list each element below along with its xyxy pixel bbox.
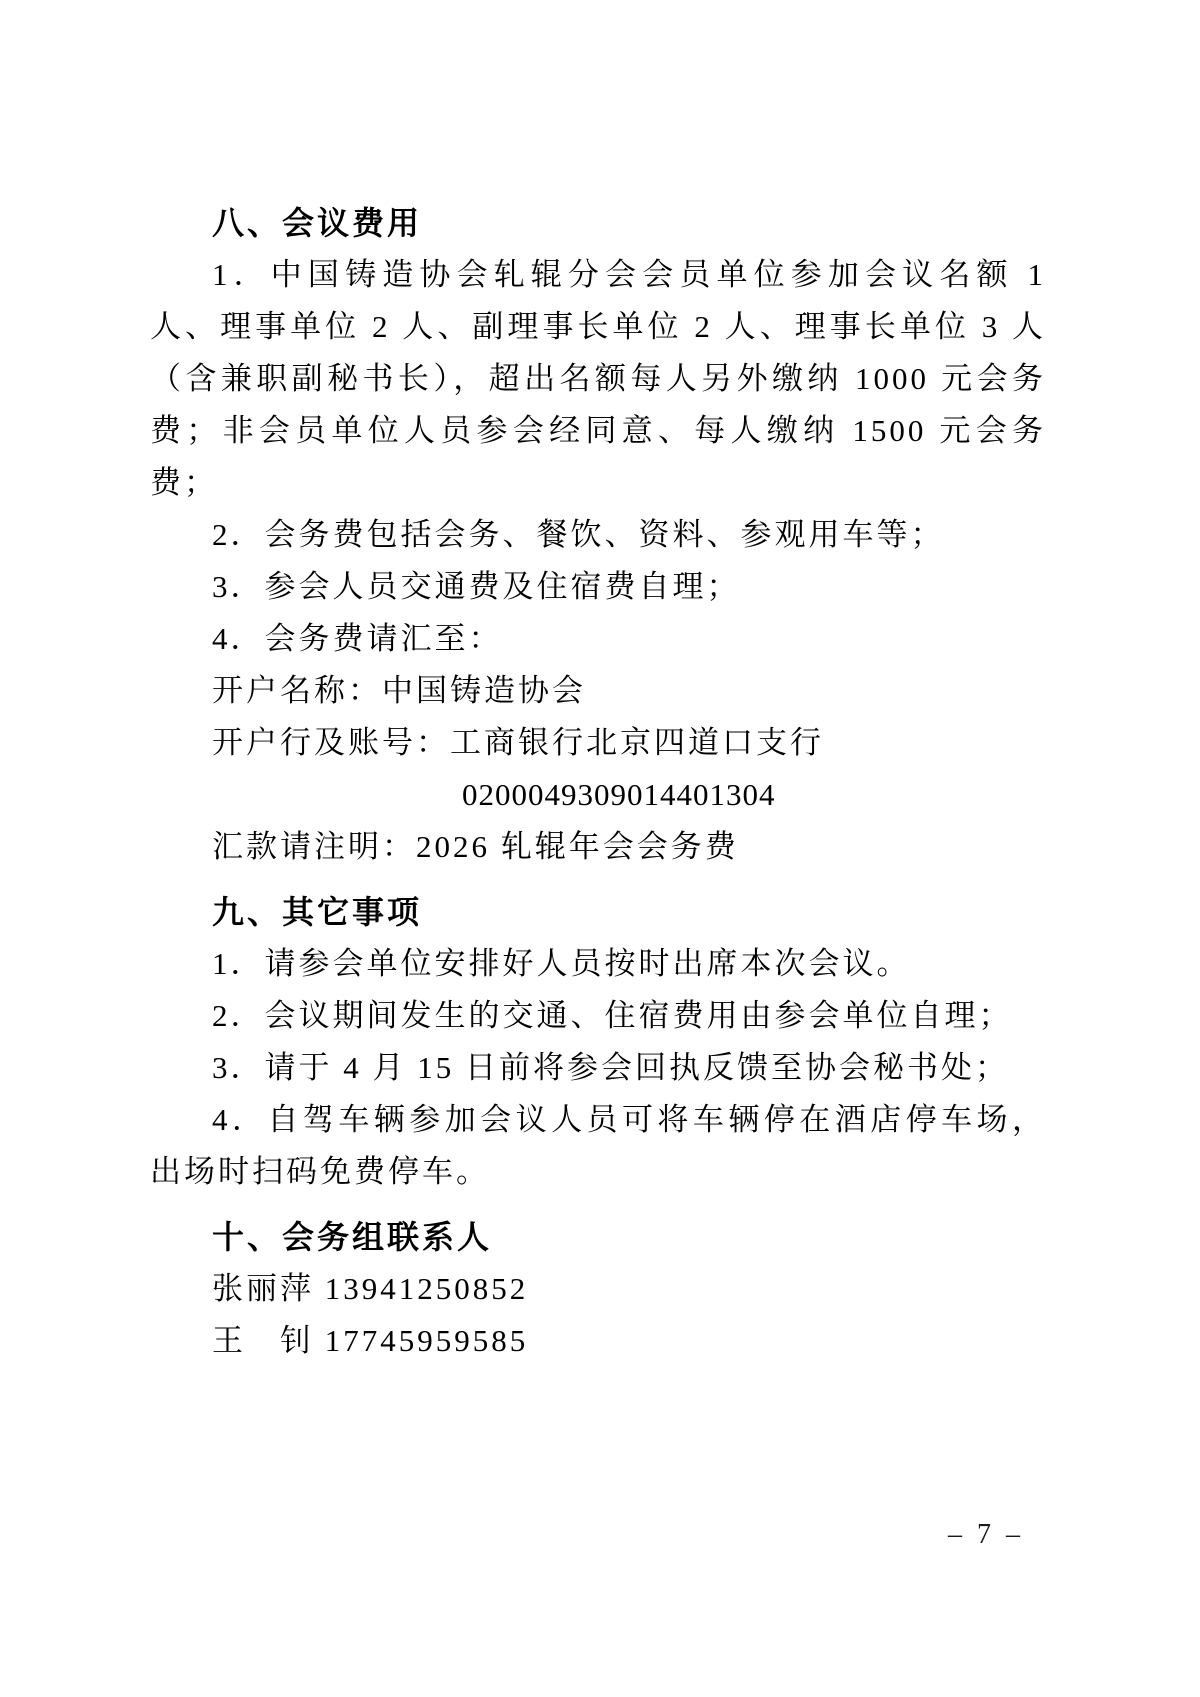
document-content: 八、会议费用 1．中国铸造协会轧辊分会会员单位参加会议名额 1 人、理事单位 2…	[150, 184, 1046, 1367]
fees-item-self-pay: 3．参会人员交通费及住宿费自理；	[150, 561, 1046, 613]
other-item-attendance: 1．请参会单位安排好人员按时出席本次会议。	[150, 938, 1046, 990]
fees-item-includes: 2．会务费包括会务、餐饮、资料、参观用车等；	[150, 509, 1046, 561]
other-item-parking: 4．自驾车辆参加会议人员可将车辆停在酒店停车场，出场时扫码免费停车。	[150, 1094, 1046, 1198]
fees-item-remit-to: 4．会务费请汇至：	[150, 613, 1046, 665]
bank-account-number: 0200049309014401304	[462, 769, 1046, 821]
contact-wang-zhao: 王 钊 17745959585	[150, 1315, 1046, 1367]
fees-item-quota: 1．中国铸造协会轧辊分会会员单位参加会议名额 1 人、理事单位 2 人、副理事长…	[150, 249, 1046, 509]
remittance-note: 汇款请注明：2026 轧辊年会会务费	[150, 821, 1046, 873]
page-number: – 7 –	[948, 1518, 1024, 1552]
bank-branch: 开户行及账号：工商银行北京四道口支行	[150, 717, 1046, 769]
contact-zhang-liping: 张丽萍 13941250852	[150, 1263, 1046, 1315]
document-page: 八、会议费用 1．中国铸造协会轧辊分会会员单位参加会议名额 1 人、理事单位 2…	[0, 0, 1200, 1697]
section-heading-meeting-fees: 八、会议费用	[150, 197, 1046, 249]
section-heading-contacts: 十、会务组联系人	[150, 1211, 1046, 1263]
section-heading-other-matters: 九、其它事项	[150, 886, 1046, 938]
other-item-reply-deadline: 3．请于 4 月 15 日前将参会回执反馈至协会秘书处；	[150, 1042, 1046, 1094]
bank-account-name: 开户名称：中国铸造协会	[150, 665, 1046, 717]
other-item-travel-lodging: 2．会议期间发生的交通、住宿费用由参会单位自理；	[150, 990, 1046, 1042]
